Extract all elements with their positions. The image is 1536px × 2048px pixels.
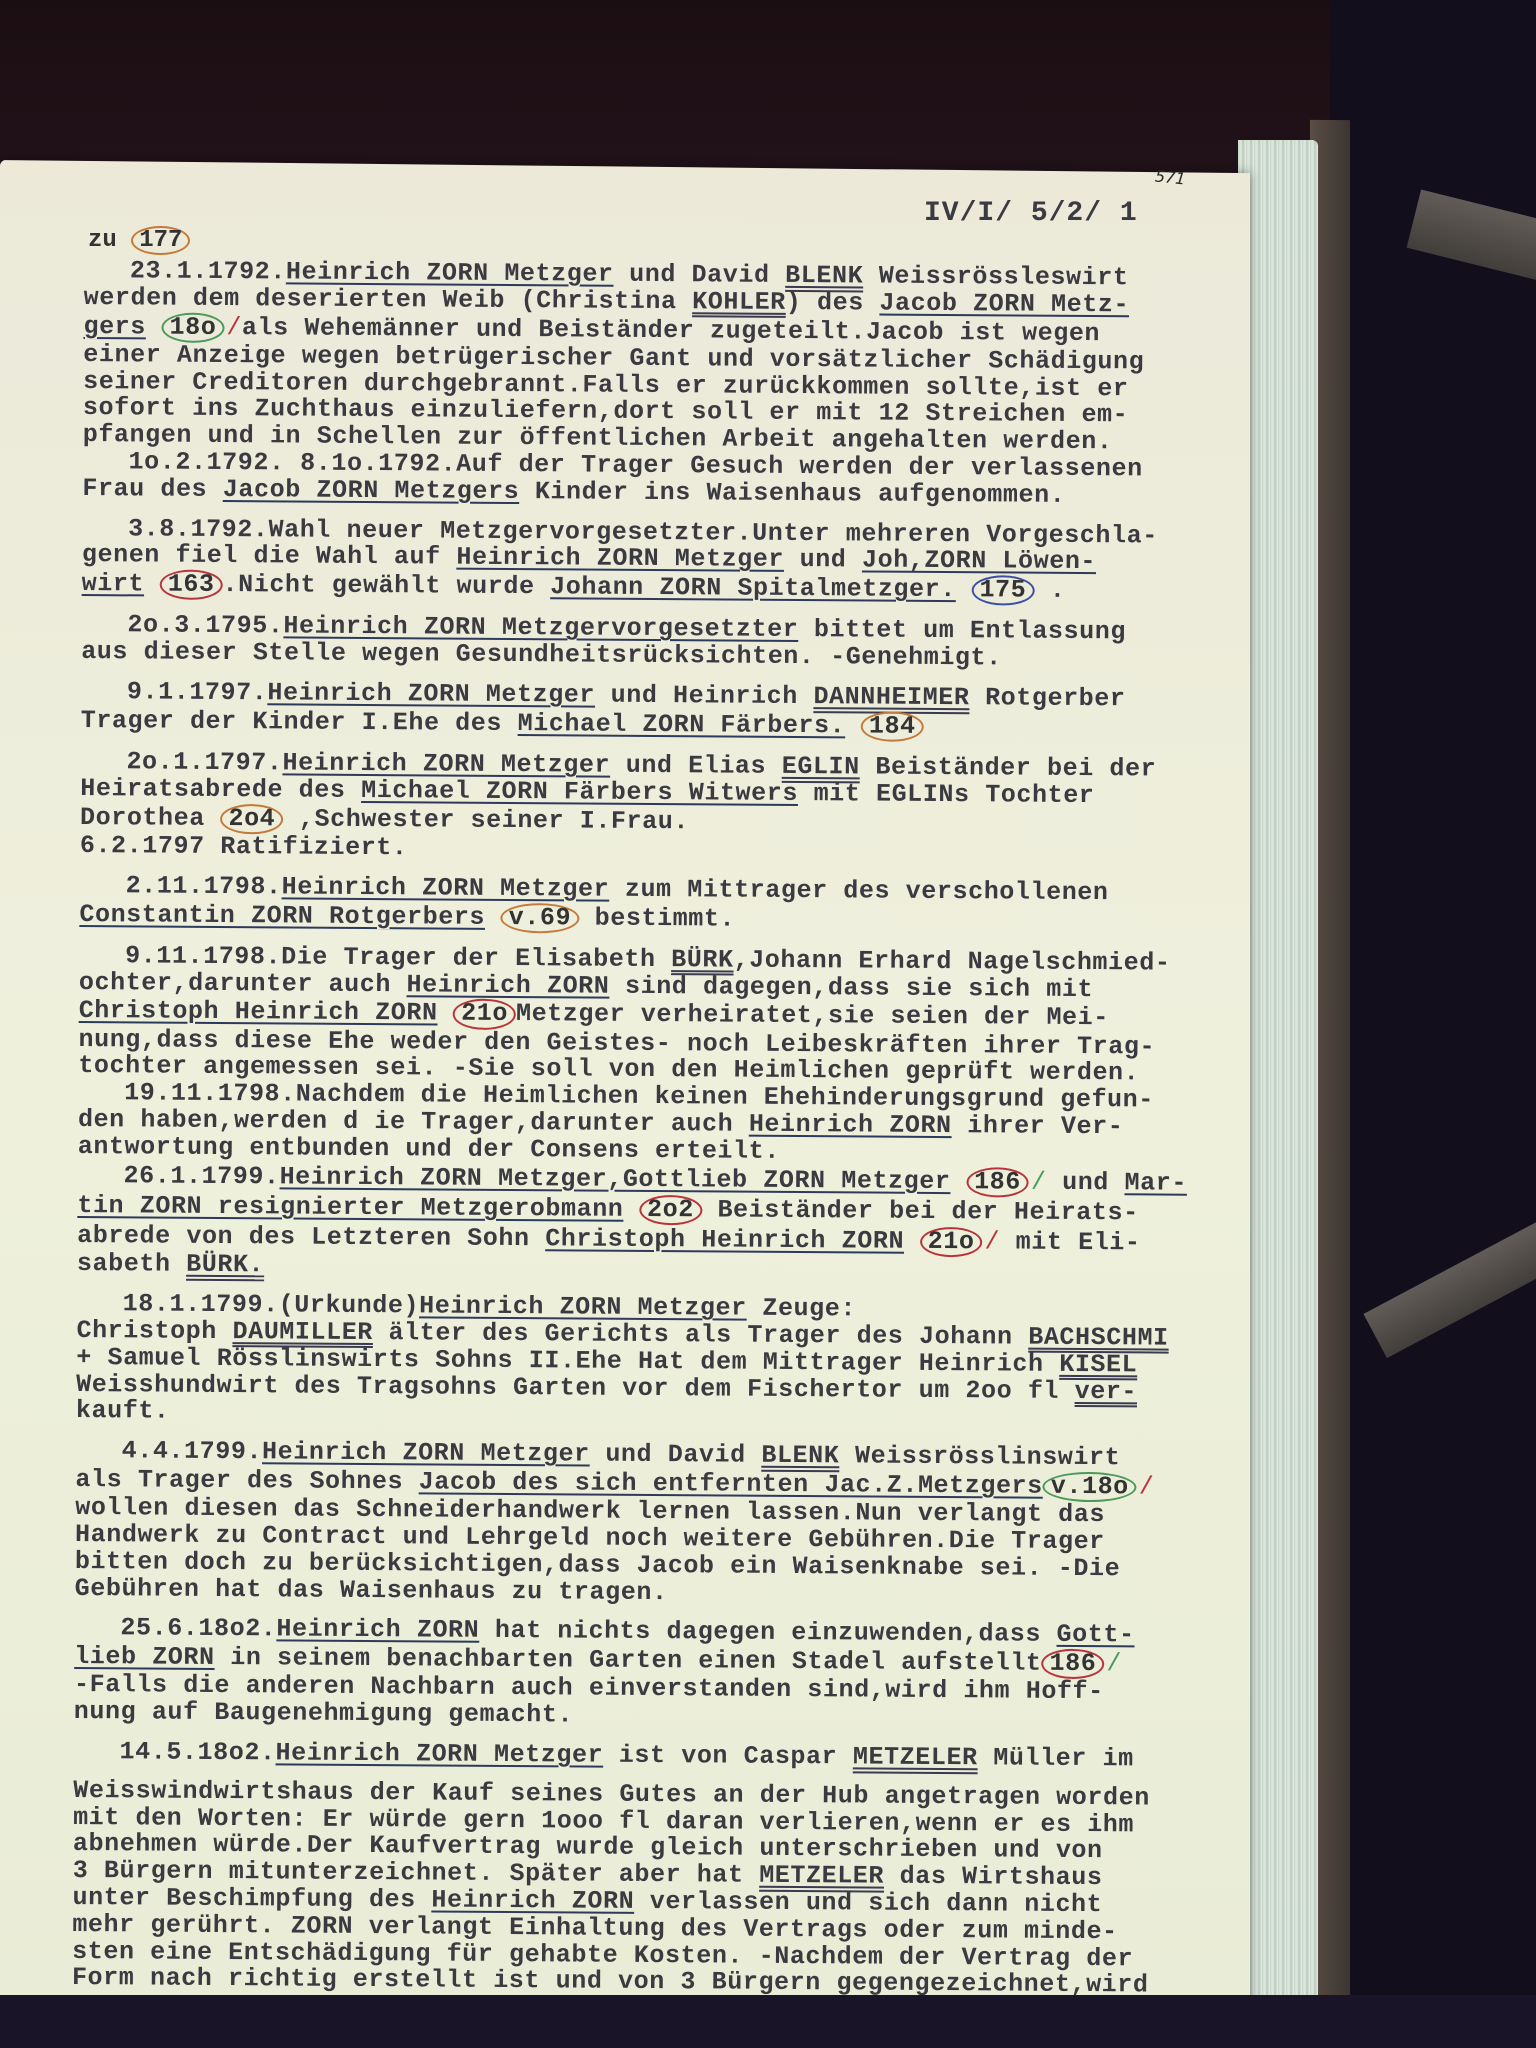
circled-reference-number: 184 bbox=[861, 711, 924, 742]
archive-entry: 2o.3.1795.Heinrich ZORN Metzgervorgesetz… bbox=[81, 612, 1241, 674]
text-run: kauft. bbox=[76, 1396, 170, 1426]
archive-entry: 2o.1.1797.Heinrich ZORN Metzger und Elia… bbox=[80, 749, 1241, 868]
text-run: Frau des bbox=[82, 474, 223, 504]
handwritten-page-number: 571 bbox=[1154, 166, 1186, 188]
underlined-name: Heinrich ZORN bbox=[749, 1110, 952, 1140]
text-run: 26.1.1799. bbox=[123, 1161, 279, 1191]
archive-entry: 9.11.1798.Die Trager der Elisabeth BÜRK,… bbox=[78, 943, 1239, 1089]
text-run: aus dieser Stelle wegen Gesundheitsrücks… bbox=[81, 637, 1002, 672]
text-run: 25.6.18o2. bbox=[120, 1614, 276, 1644]
text-run: nung auf Baugenehmigung gemacht. bbox=[74, 1697, 573, 1729]
text-run: 2o.1.1797. bbox=[126, 747, 282, 777]
text-run: 23.1.1792. bbox=[130, 256, 286, 286]
text-run: Trager der Kinder I.Ehe des bbox=[81, 706, 518, 738]
text-run: Rotgerber bbox=[969, 683, 1125, 713]
underlined-name: Johann ZORN Spitalmetzger. bbox=[550, 572, 956, 604]
underlined-name: gers bbox=[83, 312, 146, 341]
zu-number-circled: 177 bbox=[131, 226, 190, 255]
underlined-name: Heinrich ZORN Metzger bbox=[282, 872, 610, 903]
text-run: sabeth bbox=[77, 1249, 186, 1279]
text-run: das Wirtshaus bbox=[884, 1862, 1103, 1893]
archive-entry: 4.4.1799.Heinrich ZORN Metzger und David… bbox=[75, 1438, 1236, 1610]
text-run bbox=[485, 902, 501, 931]
underlined-name: Heinrich ZORN bbox=[276, 1615, 479, 1645]
text-run: abrede von des Letzteren Sohn bbox=[77, 1221, 545, 1253]
text-run: und bbox=[1046, 1167, 1124, 1197]
surname-emphasis: BLENK bbox=[785, 261, 863, 291]
zu-label: zu bbox=[88, 227, 117, 254]
underlined-name: Mar- bbox=[1124, 1168, 1187, 1197]
checkmark-icon: / bbox=[226, 313, 242, 342]
circled-reference-number: 21o bbox=[453, 999, 516, 1030]
text-run: Christoph bbox=[76, 1316, 232, 1346]
surname-emphasis: KOHLER bbox=[692, 287, 786, 317]
circled-reference-number: v.69 bbox=[501, 902, 580, 933]
text-run: mit Eli- bbox=[1000, 1228, 1141, 1258]
underlined-name: lieb ZORN bbox=[74, 1642, 215, 1672]
underlined-name: Heinrich ZORN Metzger bbox=[275, 1738, 603, 1769]
underlined-name: Heinrich ZORN Metzger bbox=[456, 543, 784, 574]
text-run: 9.1.1797. bbox=[127, 677, 268, 707]
text-run: 4.4.1799. bbox=[122, 1436, 263, 1466]
text-run bbox=[623, 1195, 639, 1224]
dark-tabletop bbox=[1330, 0, 1536, 2048]
archive-entry: 23.1.1792.Heinrich ZORN Metzger und Davi… bbox=[83, 258, 1244, 457]
underlined-name: Christoph Heinrich ZORN bbox=[545, 1224, 904, 1256]
text-run: und David bbox=[590, 1440, 762, 1470]
underlined-name: Joh,ZORN Löwen- bbox=[862, 546, 1096, 577]
circled-reference-number: 175 bbox=[971, 575, 1034, 606]
text-run: bestimmt. bbox=[579, 903, 735, 933]
text-run: ist von Caspar bbox=[603, 1741, 853, 1772]
dark-foreground bbox=[0, 1995, 1536, 2048]
circled-reference-number: 163 bbox=[160, 570, 223, 601]
text-run bbox=[904, 1227, 920, 1256]
archive-entry: 14.5.18o2.Heinrich ZORN Metzger ist von … bbox=[72, 1739, 1234, 2000]
checkmark-icon: / bbox=[1031, 1167, 1047, 1196]
surname-emphasis: BLENK bbox=[761, 1441, 839, 1471]
archive-entry: 2.11.1798.Heinrich ZORN Metzger zum Mitt… bbox=[79, 873, 1239, 938]
text-run: Kinder ins Waisenhaus aufgenommen. bbox=[519, 477, 1065, 510]
circled-reference-number: v.18o bbox=[1043, 1472, 1137, 1503]
underlined-name: tin ZORN resignierter Metzgerobmann bbox=[77, 1191, 623, 1224]
typewritten-body: 23.1.1792.Heinrich ZORN Metzger und Davi… bbox=[72, 258, 1244, 2013]
surname-emphasis: ver- bbox=[1075, 1377, 1138, 1406]
text-run: und Heinrich bbox=[595, 681, 814, 712]
checkmark-icon: / bbox=[984, 1227, 1000, 1256]
text-run bbox=[146, 312, 162, 341]
underlined-name: Gott- bbox=[1056, 1620, 1134, 1650]
text-run: und bbox=[784, 545, 862, 575]
surname-emphasis: BÜRK. bbox=[186, 1250, 264, 1280]
archive-entry: 3.8.1792.Wahl neuer Metzgervorgesetzter.… bbox=[82, 516, 1243, 608]
circled-reference-number: 18o bbox=[161, 312, 224, 343]
surname-emphasis: KISEL bbox=[1059, 1350, 1137, 1380]
text-run bbox=[845, 711, 861, 740]
surname-emphasis: EGLIN bbox=[782, 752, 860, 782]
text-run: ochter,darunter auch bbox=[79, 968, 407, 999]
surname-emphasis: METZELER bbox=[853, 1742, 978, 1772]
text-run: und David bbox=[613, 260, 785, 290]
text-run: . bbox=[1034, 576, 1065, 605]
checkmark-icon: / bbox=[1139, 1472, 1155, 1501]
book-page-edges bbox=[1238, 140, 1318, 2040]
text-run: Müller im bbox=[978, 1743, 1134, 1773]
text-run: Beiständer bei der Heirats- bbox=[702, 1195, 1139, 1227]
text-run: .Nicht gewählt wurde bbox=[222, 570, 550, 601]
underlined-name: Heinrich ZORN bbox=[431, 1885, 634, 1915]
text-run: 14.5.18o2. bbox=[119, 1737, 275, 1767]
zu-reference: zu 177 bbox=[88, 226, 190, 255]
underlined-name: Christoph Heinrich ZORN bbox=[79, 996, 438, 1028]
surname-emphasis: METZELER bbox=[759, 1861, 884, 1891]
text-run: 6.2.1797 Ratifiziert. bbox=[80, 831, 408, 862]
text-run: werden dem deserierten Weib (Christina bbox=[84, 283, 693, 316]
circled-reference-number: 21o bbox=[920, 1227, 983, 1258]
surname-emphasis: BACHSCHMI bbox=[1028, 1323, 1169, 1353]
archive-entry: 26.1.1799.Heinrich ZORN Metzger,Gottlieb… bbox=[77, 1161, 1238, 1287]
text-run: zum Mittrager des verschollenen bbox=[609, 874, 1108, 906]
archive-entry: 1o.2.1792. 8.1o.1792.Auf der Trager Gesu… bbox=[82, 449, 1242, 511]
underlined-name: wirt bbox=[82, 569, 145, 598]
underlined-name: Heinrich ZORN Metzger,Gottlieb ZORN Metz… bbox=[280, 1162, 951, 1196]
underlined-name: Jacob ZORN Metz- bbox=[879, 288, 1129, 319]
archive-entry: 9.1.1797.Heinrich ZORN Metzger und Heinr… bbox=[81, 679, 1241, 744]
text-run bbox=[144, 570, 160, 599]
archive-reference-code: IV/I/ 5/2/ 1 bbox=[924, 198, 1138, 229]
text-run: Heiratsabrede des bbox=[80, 774, 361, 805]
text-run bbox=[437, 999, 453, 1028]
text-run: Zeuge: bbox=[747, 1294, 856, 1324]
text-run: genen fiel die Wahl auf bbox=[82, 540, 457, 572]
text-run: hat nichts dagegen einzuwenden,dass bbox=[479, 1616, 1056, 1649]
text-run: 2.11.1798. bbox=[126, 871, 282, 901]
checkmark-icon: / bbox=[1106, 1649, 1122, 1678]
text-line: 14.5.18o2.Heinrich ZORN Metzger ist von … bbox=[73, 1739, 1233, 1774]
text-run: 2o.3.1795. bbox=[127, 611, 283, 641]
underlined-name: Michael ZORN Färbers Witwers bbox=[361, 776, 798, 808]
circled-reference-number: 2o2 bbox=[639, 1195, 702, 1226]
text-run: mit EGLINs Tochter bbox=[798, 779, 1095, 810]
text-run: ,Schwester seiner I.Frau. bbox=[283, 804, 689, 836]
text-run: Weissrösslinswirt bbox=[839, 1441, 1120, 1472]
archive-entry: 18.1.1799.(Urkunde)Heinrich ZORN Metzger… bbox=[76, 1291, 1237, 1433]
text-run: als Trager des Sohnes bbox=[75, 1465, 418, 1496]
text-run: sind dagegen,dass sie sich mit bbox=[609, 971, 1093, 1003]
text-run bbox=[956, 575, 972, 604]
underlined-name: Constantin ZORN Rotgerbers bbox=[79, 900, 485, 932]
text-run: ) des bbox=[786, 288, 880, 318]
text-run: Gebühren hat das Waisenhaus zu tragen. bbox=[75, 1574, 668, 1607]
underlined-name: Heinrich ZORN Metzger bbox=[267, 678, 595, 709]
circled-reference-number: 186 bbox=[966, 1167, 1029, 1198]
text-run: ihrer Ver- bbox=[952, 1111, 1124, 1141]
circled-reference-number: 186 bbox=[1041, 1649, 1104, 1680]
surname-emphasis: DAUMILLER bbox=[232, 1317, 373, 1347]
underlined-name: Jacob ZORN Metzgers bbox=[223, 475, 520, 506]
text-run: Dorothea bbox=[80, 803, 221, 833]
underlined-name: Heinrich ZORN bbox=[406, 970, 609, 1000]
circled-reference-number: 2o4 bbox=[220, 804, 283, 835]
text-run: und Elias bbox=[610, 751, 782, 781]
archive-entry: 19.11.1798.Nachdem die Heimlichen keinen… bbox=[78, 1080, 1239, 1168]
underlined-name: Heinrich ZORN Metzger bbox=[262, 1437, 590, 1468]
archive-entry: 25.6.18o2.Heinrich ZORN hat nichts dageg… bbox=[74, 1615, 1235, 1734]
surname-emphasis: BÜRK bbox=[671, 945, 734, 974]
underlined-name: Michael ZORN Färbers. bbox=[518, 709, 846, 740]
surname-emphasis: DANNHEIMER bbox=[813, 682, 969, 712]
text-run bbox=[950, 1167, 966, 1196]
